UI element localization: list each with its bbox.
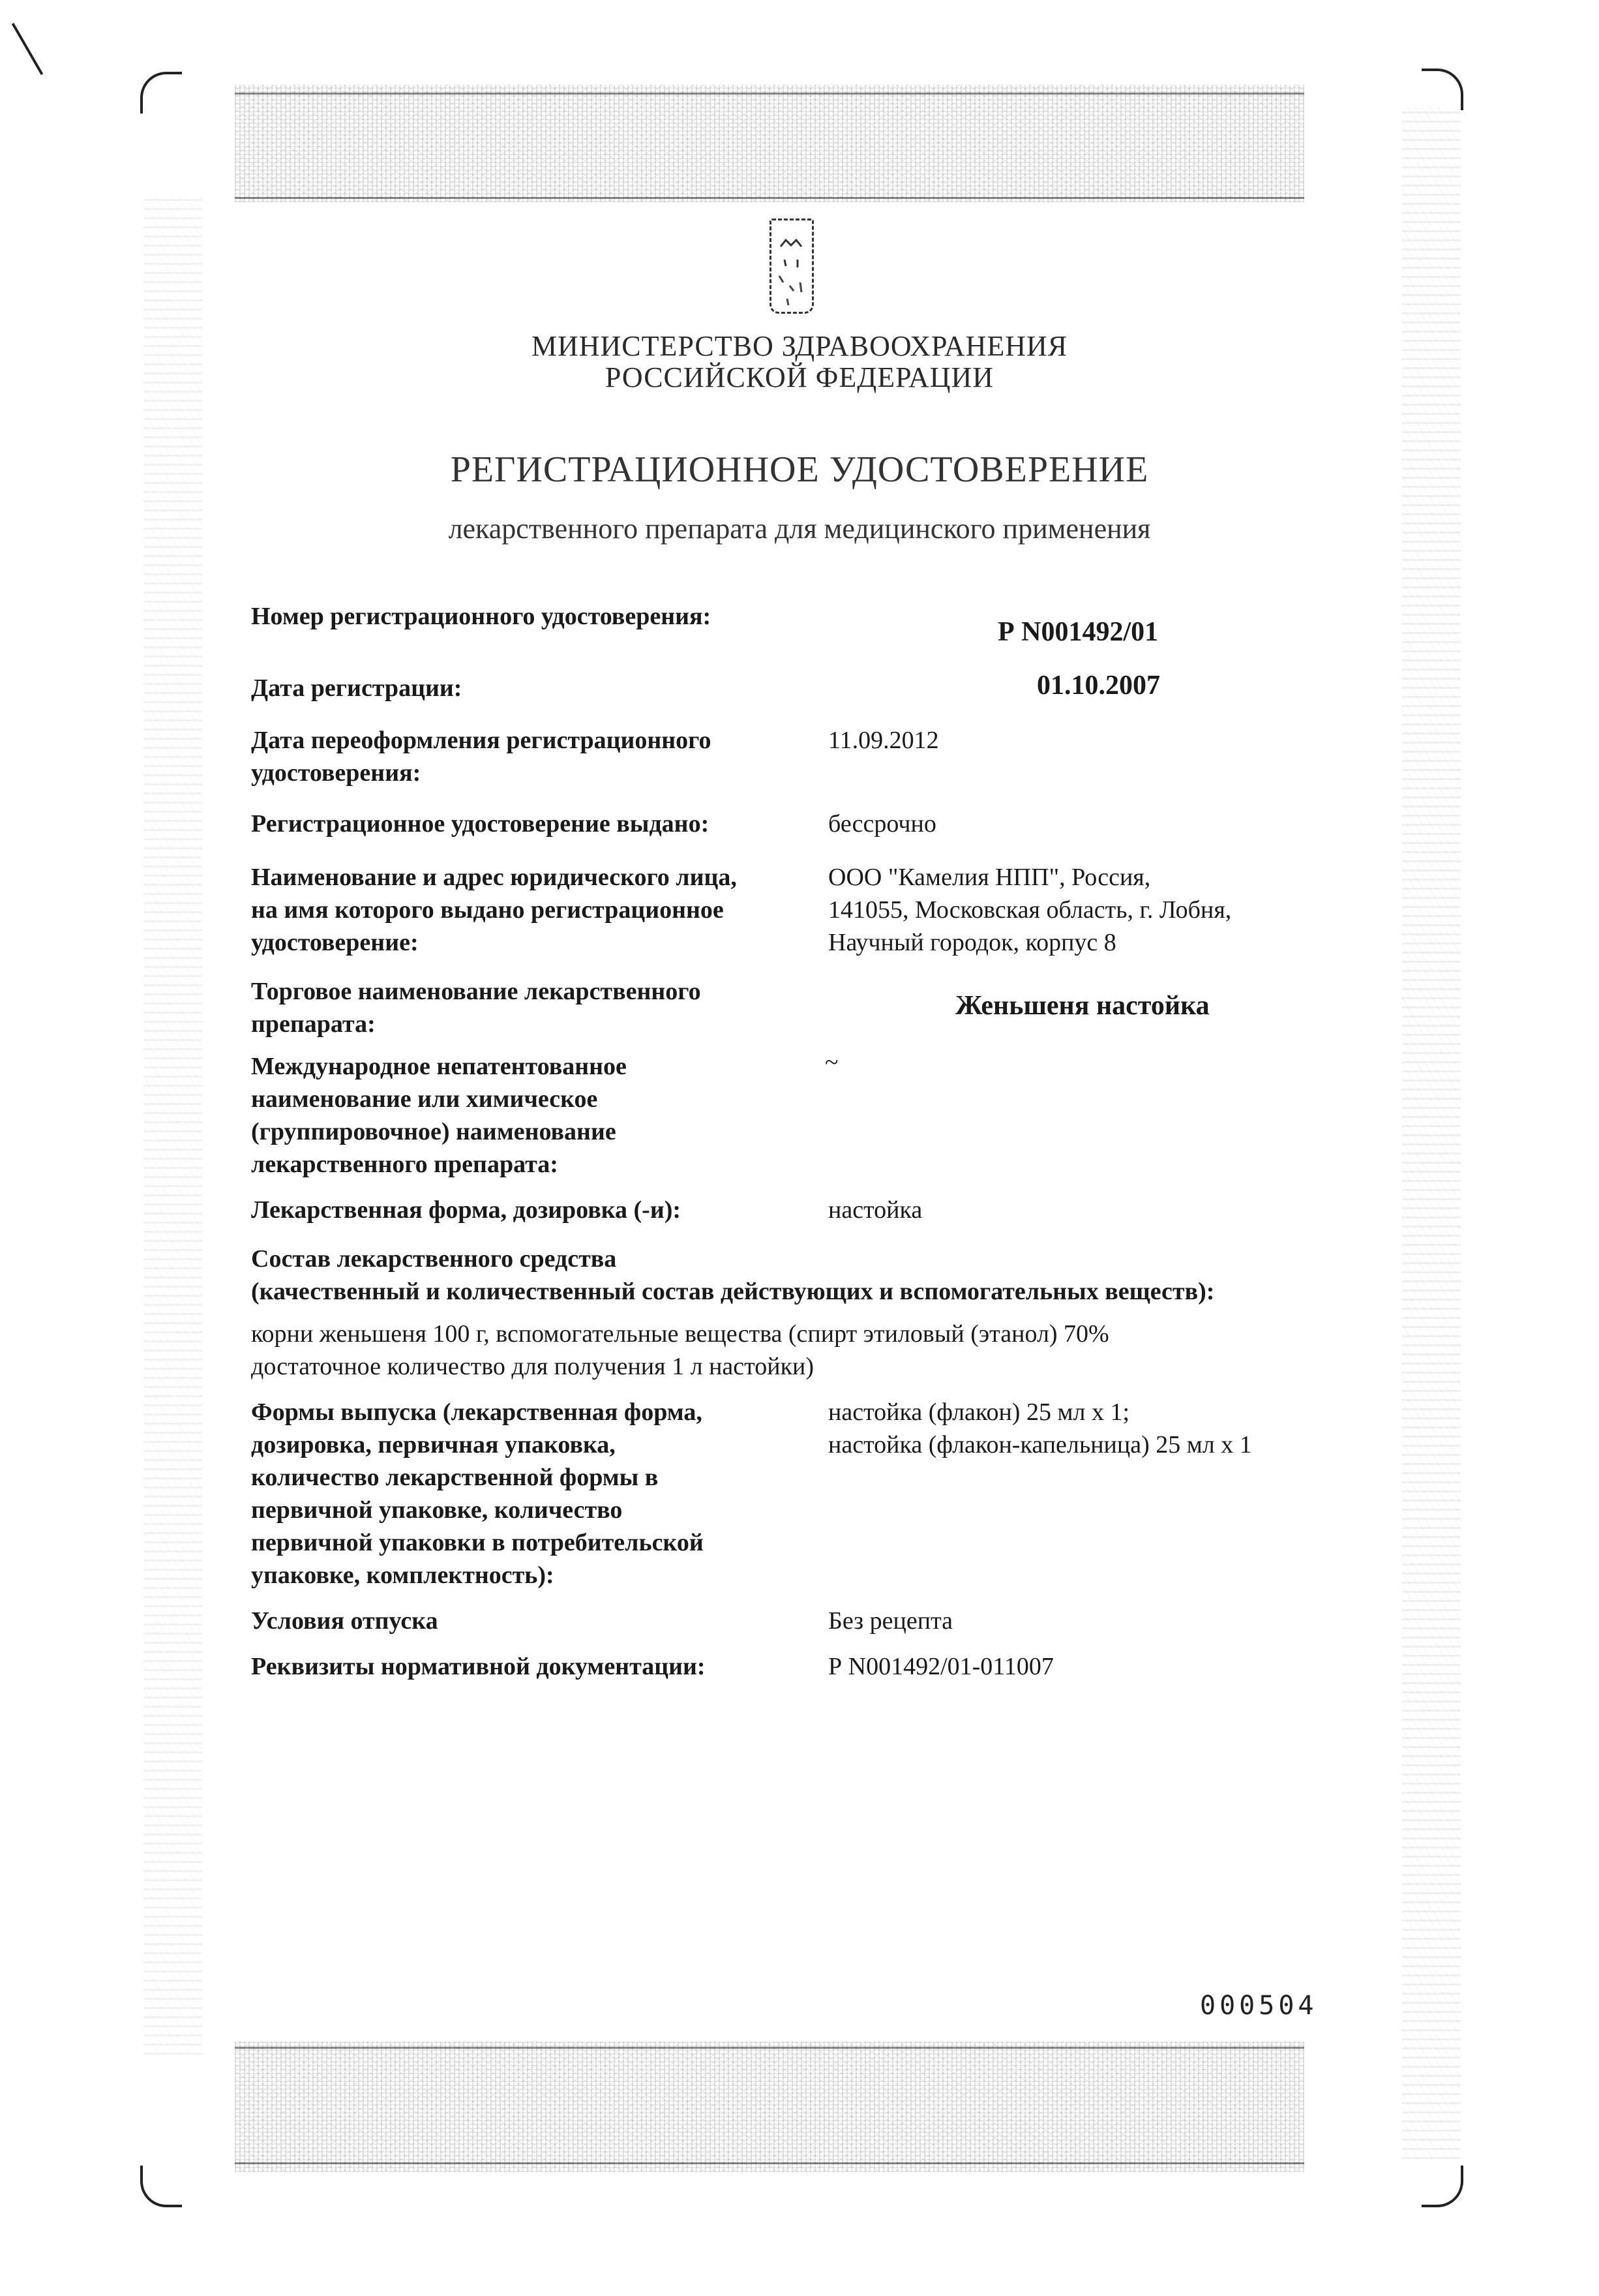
validity-value: бессрочно <box>828 808 936 840</box>
value-line: настойка (флакон-капельница) 25 мл х 1 <box>828 1428 1252 1461</box>
eagle-emblem-icon <box>771 220 812 312</box>
coat-of-arms-icon <box>770 219 814 314</box>
border-corner-bottom-left <box>140 2166 182 2207</box>
label-line: лекарственного препарата: <box>251 1148 838 1181</box>
label-line: удостоверение: <box>251 926 838 959</box>
label-line: наименование или химическое <box>251 1083 838 1115</box>
label-line: Формы выпуска (лекарственная форма, <box>251 1396 838 1428</box>
holder-value: ООО "Камелия НПП", Россия, 141055, Моско… <box>828 861 1231 959</box>
document-title: РЕГИСТРАЦИОННОЕ УДОСТОВЕРЕНИЕ <box>0 449 1599 491</box>
field-label: Торговое наименование лекарственного пре… <box>251 975 838 1040</box>
label-line: (группировочное) наименование <box>251 1115 838 1148</box>
label-line: Наименование и адрес юридического лица, <box>251 861 838 894</box>
label-line: (качественный и количественный состав де… <box>251 1275 1373 1308</box>
composition-value: корни женьшеня 100 г, вспомогательные ве… <box>251 1318 1373 1383</box>
border-rule <box>235 93 1304 95</box>
certificate-page: МИНИСТЕРСТВО ЗДРАВООХРАНЕНИЯ РОССИЙСКОЙ … <box>0 0 1599 2296</box>
border-rule <box>235 2047 1304 2049</box>
inn-value: ~ <box>825 1046 839 1079</box>
label-line: на имя которого выдано регистрационное <box>251 894 838 926</box>
value-line: настойка (флакон) 25 мл х 1; <box>828 1396 1252 1428</box>
label-line: первичной упаковки в потребительской <box>251 1526 838 1559</box>
normative-docs-value: Р N001492/01-011007 <box>828 1650 1054 1683</box>
field-label: Реквизиты нормативной документации: <box>251 1650 838 1683</box>
serial-number: 000504 <box>1200 1991 1318 2021</box>
label-line: Торговое наименование лекарственного <box>251 975 838 1008</box>
field-label: Регистрационное удостоверение выдано: <box>251 808 838 840</box>
label-line: упаковке, комплектность): <box>251 1559 838 1592</box>
value-line: 141055, Московская область, г. Лобня, <box>828 894 1231 926</box>
ministry-name-line2: РОССИЙСКОЙ ФЕДЕРАЦИИ <box>0 361 1599 394</box>
dispensing-value: Без рецепта <box>828 1605 953 1637</box>
scan-mark <box>12 23 43 75</box>
trade-name-value: Женьшеня настойка <box>955 989 1210 1022</box>
field-label: Формы выпуска (лекарственная форма, дози… <box>251 1396 838 1592</box>
value-line: Научный городок, корпус 8 <box>828 926 1231 959</box>
composition-label: Состав лекарственного средства (качестве… <box>251 1243 1373 1308</box>
document-subtitle: лекарственного препарата для медицинског… <box>0 512 1599 545</box>
field-label: Дата регистрации: <box>251 672 838 704</box>
reissue-date-value: 11.09.2012 <box>828 724 939 757</box>
value-line: достаточное количество для получения 1 л… <box>251 1350 1373 1383</box>
label-line: дозировка, первичная упаковка, <box>251 1428 838 1461</box>
border-corner-top-left <box>140 72 182 113</box>
reg-number-value: Р N001492/01 <box>998 616 1158 648</box>
ornamental-border-top <box>235 85 1304 202</box>
value-line: корни женьшеня 100 г, вспомогательные ве… <box>251 1318 1373 1350</box>
field-label: Условия отпуска <box>251 1605 838 1637</box>
value-line: ООО "Камелия НПП", Россия, <box>828 861 1231 894</box>
label-line: препарата: <box>251 1008 838 1040</box>
ornamental-border-bottom <box>235 2042 1304 2172</box>
label-line: Международное непатентованное <box>251 1050 838 1083</box>
label-line: Состав лекарственного средства <box>251 1243 1373 1275</box>
field-label: Международное непатентованное наименован… <box>251 1050 838 1181</box>
field-label: Лекарственная форма, дозировка (-и): <box>251 1194 838 1226</box>
label-line: первичной упаковке, количество <box>251 1494 838 1526</box>
label-line: Дата переоформления регистрационного <box>251 724 838 757</box>
field-label: Дата переоформления регистрационного удо… <box>251 724 838 789</box>
border-rule <box>235 2162 1304 2164</box>
ornamental-border-right <box>1402 104 1461 2159</box>
dosage-form-value: настойка <box>828 1194 922 1226</box>
reg-date-value: 01.10.2007 <box>1037 669 1160 702</box>
field-label: Номер регистрационного удостоверения: <box>251 600 838 633</box>
border-corner-bottom-right <box>1422 2166 1463 2207</box>
label-line: удостоверения: <box>251 757 838 789</box>
release-forms-value: настойка (флакон) 25 мл х 1; настойка (ф… <box>828 1396 1252 1461</box>
border-rule <box>235 197 1304 199</box>
label-line: количество лекарственной формы в <box>251 1461 838 1494</box>
ministry-name-line1: МИНИСТЕРСТВО ЗДРАВООХРАНЕНИЯ <box>0 329 1599 363</box>
field-label: Наименование и адрес юридического лица, … <box>251 861 838 959</box>
